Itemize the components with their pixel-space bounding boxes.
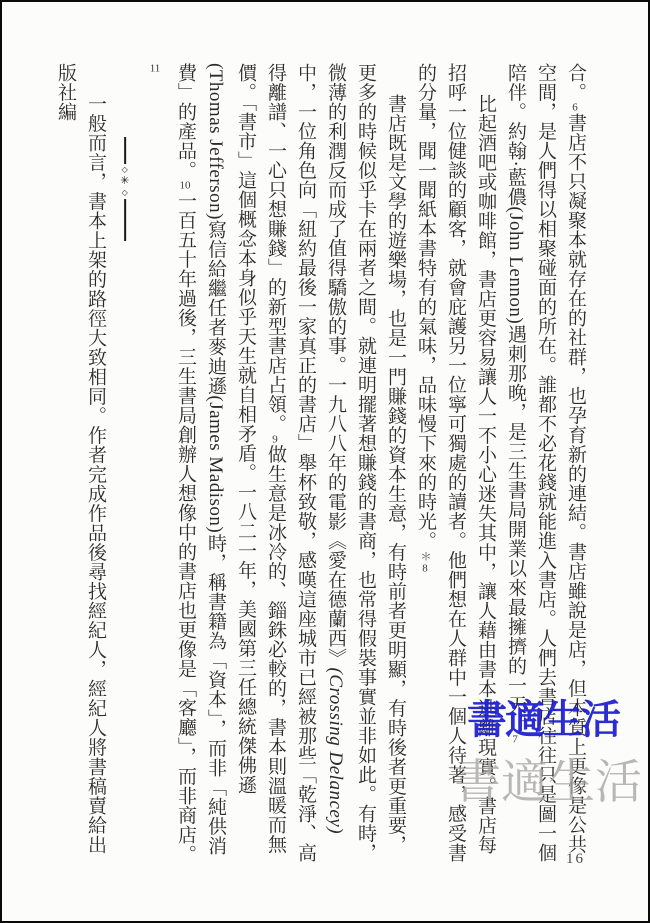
paragraph: 合。6書店不只凝聚本就存在的社群，也孕育新的連結。書店雖說是店，但本質上更像是公… (500, 63, 590, 865)
paragraph: 一般而言，書本上架的路徑大致相同。作者完成作品後尋找經紀人，經紀人將書稿賣給出版… (50, 63, 110, 865)
footnote-marker: 10 (179, 180, 191, 191)
text-segment: 遇刺那晚，是三生書局開業以來最擁擠的一天。 (505, 324, 526, 734)
paragraph: 書店既是文學的遊樂場，也是一門賺錢的資本生意，有時前者更明顯，有時後者更重要，更… (140, 63, 410, 865)
footnote-marker: ＊8 (419, 551, 431, 576)
text-segment: (Crossing Delancey) (325, 668, 346, 835)
text-segment: 一般而言，書本上架的路徑大致相同。作者完成作品後尋找經紀人，經紀人將書稿賣給出版… (55, 63, 106, 855)
divider-diamond-icon: ◇ (122, 189, 129, 197)
footnote-marker: 11 (149, 63, 161, 74)
text-segment: 比起酒吧或咖啡館，書店更容易讓人一不小心迷失其中，讓人藉由書本逃離現實。書店每招… (415, 63, 496, 863)
divider-diamond-icon: ◇ (122, 166, 129, 174)
text-segment: 合。 (565, 63, 586, 102)
text-block: 合。6書店不只凝聚本就存在的社群，也孕育新的連結。書店雖說是店，但本質上更像是公… (98, 63, 590, 865)
text-segment: (James Madison) (205, 395, 226, 533)
footnote-marker: 6 (569, 102, 581, 113)
footnote-marker: 9 (269, 434, 281, 445)
section-divider: ◇✳◇ (110, 63, 140, 865)
text-segment: (Thomas Jefferson) (205, 63, 226, 220)
text-segment: 寫信給繼任者麥迪遜 (205, 220, 226, 396)
text-segment: 一百五十年過後，三生書局創辦人想像中的書店也更像是「客廳」，而非商店。 (175, 191, 196, 864)
page-number: 16 (566, 851, 585, 868)
footnote-marker: 7 (509, 734, 521, 745)
divider-star-icon: ✳ (120, 176, 130, 187)
divider-ornament-icon: ◇✳◇ (120, 137, 130, 241)
book-page: 合。6書店不只凝聚本就存在的社群，也孕育新的連結。書店雖說是店，但本質上更像是公… (0, 0, 650, 923)
text-segment: (John Lennon) (505, 206, 526, 324)
paragraph: 比起酒吧或咖啡館，書店更容易讓人一不小心迷失其中，讓人藉由書本逃離現實。書店每招… (410, 63, 500, 865)
